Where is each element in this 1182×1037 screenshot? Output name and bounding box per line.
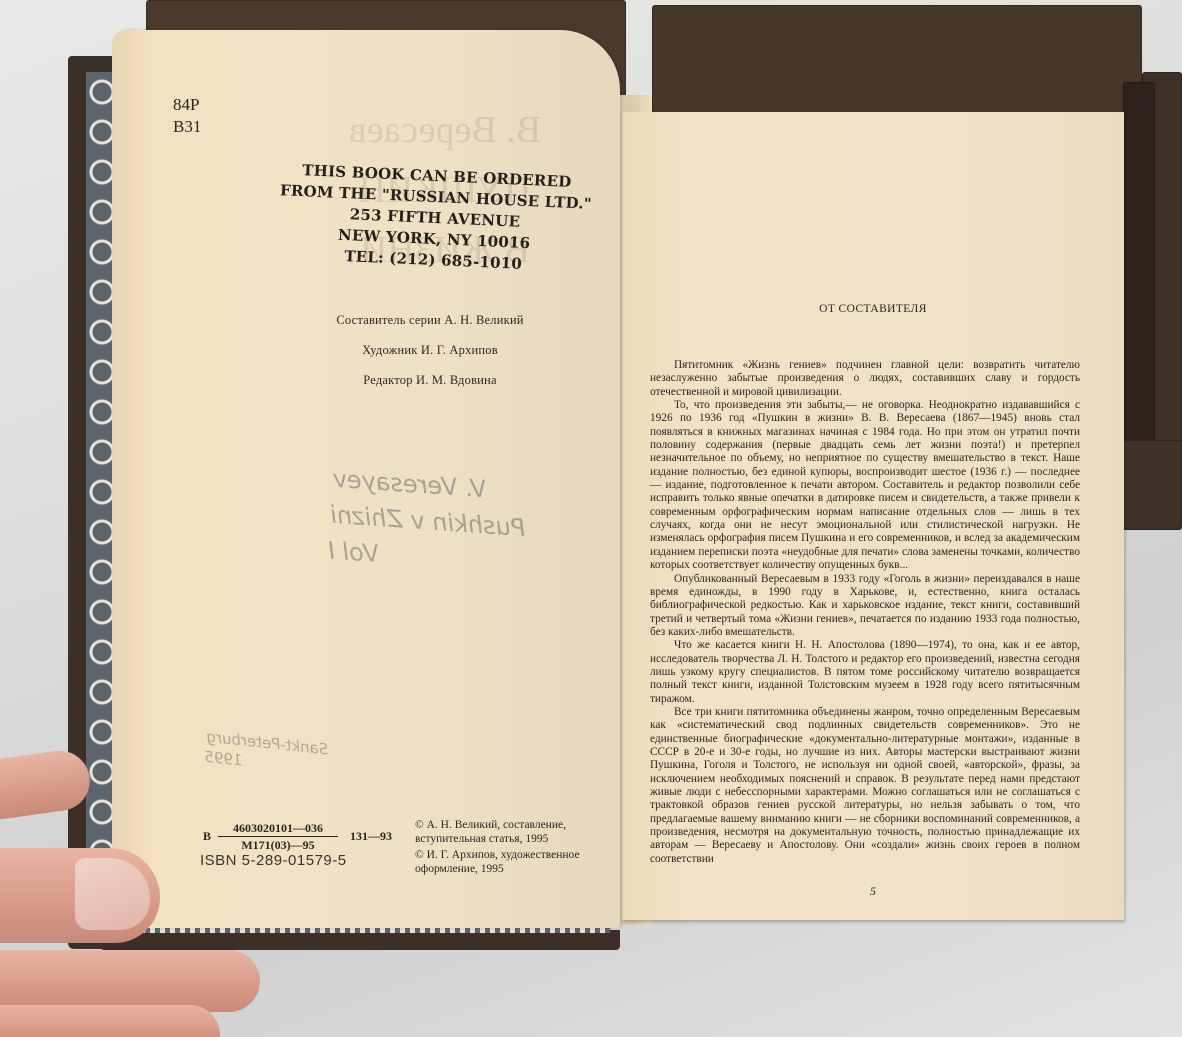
book-credits: Составитель серии А. Н. Великий Художник…: [285, 305, 575, 395]
paragraph: То, что произведения эти забыты,— не ого…: [650, 399, 1080, 572]
copyright-notice: © А. Н. Великий, составление, вступитель…: [415, 818, 615, 878]
paragraph: Пятитомник «Жизнь гениев» подчинен главн…: [650, 359, 1080, 399]
editor-credit: Редактор И. М. Вдовина: [285, 365, 575, 395]
background-book-4: [1120, 440, 1182, 530]
page-number: 5: [622, 884, 1124, 899]
finger: [0, 1005, 220, 1037]
foreword-text: Пятитомник «Жизнь гениев» подчинен главн…: [650, 359, 1080, 866]
paragraph: Все три книги пятитомника объединены жан…: [650, 706, 1080, 866]
section-heading: ОТ СОСТАВИТЕЛЯ: [622, 303, 1124, 315]
paragraph: Что же касается книги Н. Н. Апостолова (…: [650, 639, 1080, 706]
series-compiler: Составитель серии А. Н. Великий: [285, 305, 575, 335]
pencil-handwriting: V. Veresayev Pushkin v Zhizni Vol I: [327, 461, 604, 588]
paragraph: Опубликованный Вересаевым в 1933 году «Г…: [650, 573, 1080, 640]
isbn-number: ISBN 5-289-01579-5: [200, 852, 347, 869]
library-call-number: 84Р В31: [173, 94, 201, 138]
book-cover-bottom: [100, 930, 620, 950]
distributor-stamp: THIS BOOK CAN BE ORDERED FROM THE "RUSSI…: [268, 159, 602, 278]
finger: [0, 950, 260, 1012]
background-book-spine: [1123, 82, 1155, 457]
artist-credit: Художник И. Г. Архипов: [285, 335, 575, 365]
